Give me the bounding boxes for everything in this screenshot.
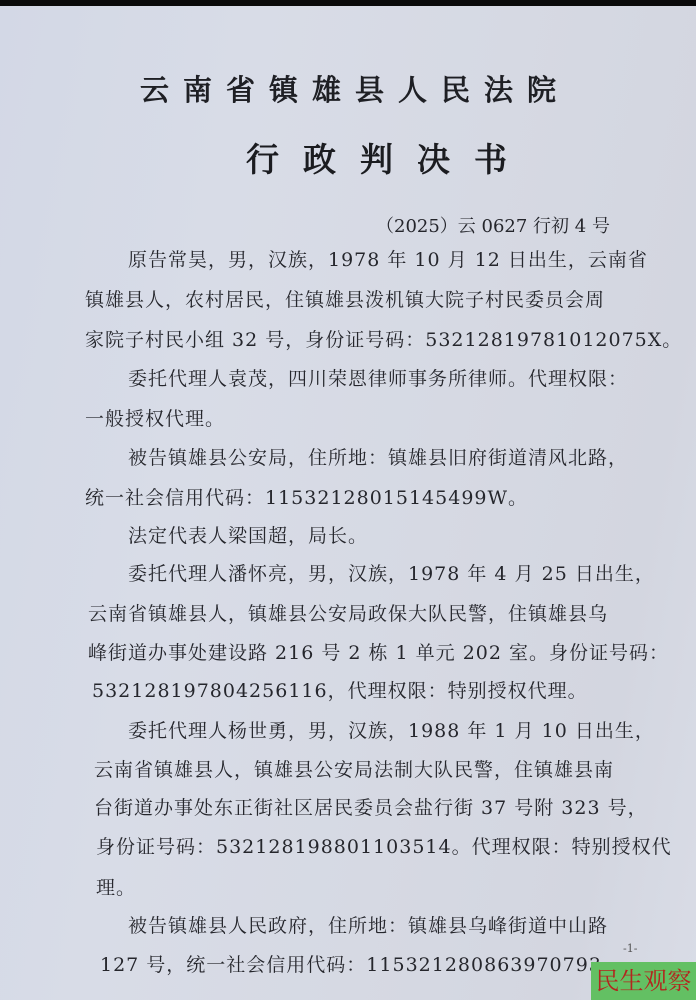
body-text-line: 理。 (96, 873, 136, 900)
body-text-line: 镇雄县人，农村居民，住镇雄县泼机镇大院子村民委员会周 (85, 285, 605, 312)
body-text-line: 云南省镇雄县人，镇雄县公安局政保大队民警，住镇雄县乌 (88, 599, 608, 626)
body-text-line: 台街道办事处东正街社区居民委员会盐行街 37 号附 323 号， (94, 793, 648, 820)
page-number: -1- (623, 942, 637, 955)
body-text-line: 统一社会信用代码：11532128015145499W。 (85, 483, 528, 510)
body-text-line: 一般授权代理。 (85, 404, 225, 431)
body-text-line: 峰街道办事处建设路 216 号 2 栋 1 单元 202 室。身份证号码： (88, 638, 669, 665)
watermark-badge: 民生观察 (591, 962, 696, 1000)
body-text-line: 被告镇雄县人民政府，住所地：镇雄县乌峰街道中山路 (128, 911, 608, 938)
body-text-line: 家院子村民小组 32 号，身份证号码：53212819781012075X。 (85, 325, 682, 352)
document-title: 行政判决书 (246, 134, 531, 181)
body-text-line: 法定代表人梁国超，局长。 (128, 521, 368, 548)
document-page: 云南省镇雄县人民法院 行政判决书 （2025）云 0627 行初 4 号 原告常… (0, 6, 696, 1000)
case-number: （2025）云 0627 行初 4 号 (376, 212, 610, 238)
court-name: 云南省镇雄县人民法院 (140, 68, 560, 109)
body-text-line: 身份证号码：532128198801103514。代理权限：特别授权代 (96, 832, 672, 859)
body-text-line: 被告镇雄县公安局，住所地：镇雄县旧府街道清风北路， (128, 443, 628, 470)
body-text-line: 委托代理人潘怀亮，男，汉族，1978 年 4 月 25 日出生， (128, 559, 655, 586)
body-text-line: 532128197804256116，代理权限：特别授权代理。 (92, 676, 588, 703)
body-text-line: 原告常昊，男，汉族，1978 年 10 月 12 日出生，云南省 (128, 245, 648, 272)
body-text-line: 云南省镇雄县人，镇雄县公安局法制大队民警，住镇雄县南 (94, 755, 614, 782)
body-text-line: 委托代理人杨世勇，男，汉族，1988 年 1 月 10 日出生， (128, 716, 655, 743)
body-text-line: 委托代理人袁茂，四川荣恩律师事务所律师。代理权限： (128, 364, 628, 391)
body-text-line: 127 号，统一社会信用代码：115321280863970793。 (100, 950, 622, 977)
